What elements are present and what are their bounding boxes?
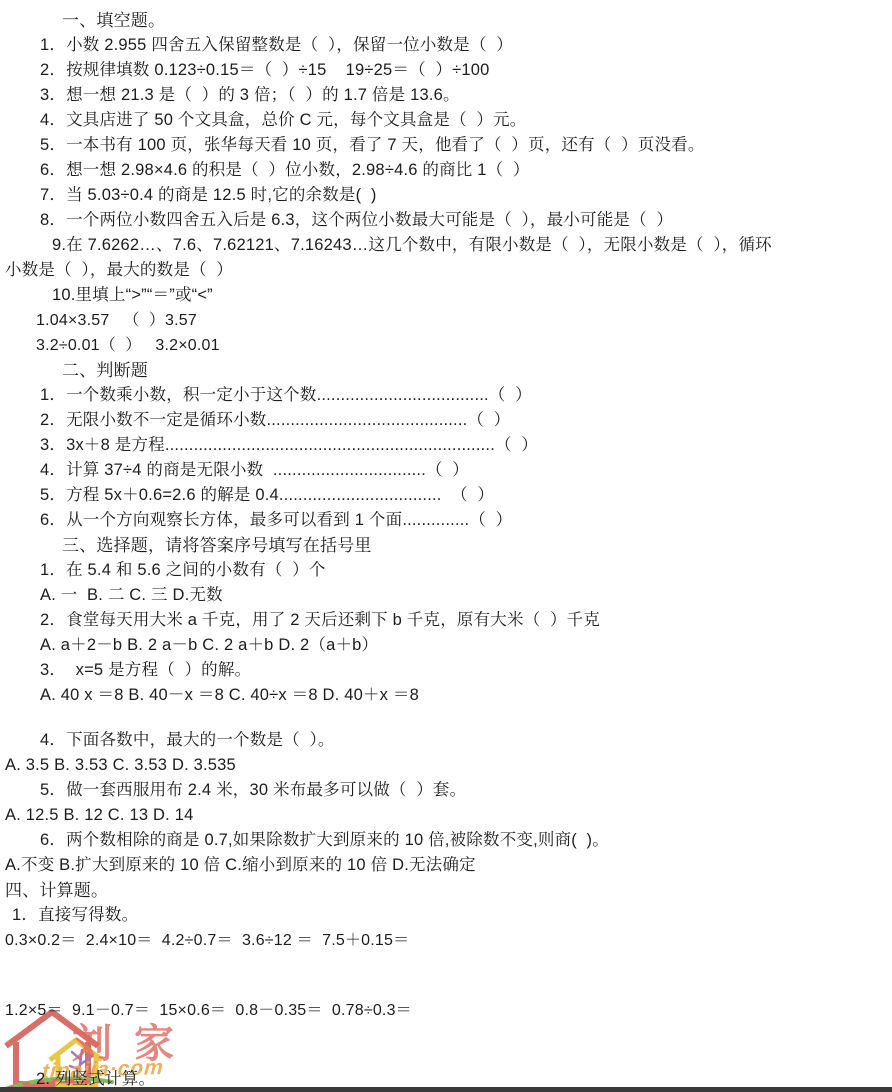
equation-line: 0.3×0.2＝ 2.4×10＝ 4.2÷0.7＝ 3.6÷12 ＝ 7.5＋0… xyxy=(0,928,892,953)
question-line: 4．计算 37÷4 的商是无限小数 ......................… xyxy=(0,458,892,483)
section-heading: 四、计算题。 xyxy=(0,878,892,903)
question-line: 3． x=5 是方程（ ）的解。 xyxy=(0,658,892,683)
question-line: 5．方程 5x＋0.6=2.6 的解是 0.4.................… xyxy=(0,483,892,508)
question-line: 2．无限小数不一定是循环小数..........................… xyxy=(0,408,892,433)
question-line: 4．文具店进了 50 个文具盒，总价 C 元，每个文具盒是（ ）元。 xyxy=(0,108,892,133)
question-line: 8．一个两位小数四舍五入后是 6.3，这个两位小数最大可能是（ ），最小可能是（… xyxy=(0,208,892,233)
question-line: 4．下面各数中，最大的一个数是（ ）。 xyxy=(0,728,892,753)
bottom-bar xyxy=(0,1087,892,1092)
equation-line: 1.04×3.57 （ ）3.57 xyxy=(0,308,892,333)
options-line: A. 一 B. 二 C. 三 D.无数 xyxy=(0,583,892,608)
options-line: A. 12.5 B. 12 C. 13 D. 14 xyxy=(0,803,892,828)
equation-line: 1.2×5＝ 9.1－0.7＝ 15×0.6＝ 0.8－0.35＝ 0.78÷0… xyxy=(0,998,892,1023)
worksheet-page: 一、填空题。1．小数 2.955 四舍五入保留整数是（ ），保留一位小数是（ ）… xyxy=(0,0,892,1092)
section-heading: 二、判断题 xyxy=(0,358,892,383)
question-line: 3．想一想 21.3 是（ ）的 3 倍；（ ）的 1.7 倍是 13.6。 xyxy=(0,83,892,108)
question-line: 9.在 7.6262…、7.6、7.62121、7.16243…这几个数中，有限… xyxy=(0,233,892,258)
question-line: 7．当 5.03÷0.4 的商是 12.5 时,它的余数是( ) xyxy=(0,183,892,208)
options-line: A. 3.5 B. 3.53 C. 3.53 D. 3.535 xyxy=(0,753,892,778)
question-line: 5．一本书有 100 页，张华每天看 10 页，看了 7 天，他看了（ ）页，还… xyxy=(0,133,892,158)
question-line: 3．3x＋8 是方程..............................… xyxy=(0,433,892,458)
question-line: 1．在 5.4 和 5.6 之间的小数有（ ）个 xyxy=(0,558,892,583)
options-line: A. 40 x ＝8 B. 40－x ＝8 C. 40÷x ＝8 D. 40＋x… xyxy=(0,683,892,708)
question-line: 10.里填上“>”“＝”或“<” xyxy=(0,283,892,308)
question-line: 5．做一套西服用布 2.4 米，30 米布最多可以做（ ）套。 xyxy=(0,778,892,803)
question-line: 6．想一想 2.98×4.6 的积是（ ）位小数，2.98÷4.6 的商比 1（… xyxy=(0,158,892,183)
question-line: 1．一个数乘小数，积一定小于这个数.......................… xyxy=(0,383,892,408)
question-line: 1．直接写得数。 xyxy=(0,903,892,928)
question-line: 2．食堂每天用大米 a 千克，用了 2 天后还剩下 b 千克，原有大米（ ）千克 xyxy=(0,608,892,633)
wrap-line: 小数是（ ），最大的数是（ ） xyxy=(0,258,892,283)
question-line: 6．从一个方向观察长方体，最多可以看到 1 个面..............（ … xyxy=(0,508,892,533)
section-heading: 三、选择题，请将答案序号填写在括号里 xyxy=(0,533,892,558)
question-line: 1．小数 2.955 四舍五入保留整数是（ ），保留一位小数是（ ） xyxy=(0,33,892,58)
section-heading: 一、填空题。 xyxy=(0,8,892,33)
question-line: 6．两个数相除的商是 0.7,如果除数扩大到原来的 10 倍,被除数不变,则商(… xyxy=(0,828,892,853)
options-line: A.不变 B.扩大到原来的 10 倍 C.缩小到原来的 10 倍 D.无法确定 xyxy=(0,853,892,878)
worksheet-body: 一、填空题。1．小数 2.955 四舍五入保留整数是（ ），保留一位小数是（ ）… xyxy=(0,8,892,1092)
equation-line: 3.2÷0.01（ ） 3.2×0.01 xyxy=(0,333,892,358)
question-line: 2．按规律填数 0.123÷0.15＝（ ）÷15 19÷25＝（ ）÷100 xyxy=(0,58,892,83)
options-line: A. a＋2－b B. 2 a－b C. 2 a＋b D. 2（a＋b） xyxy=(0,633,892,658)
